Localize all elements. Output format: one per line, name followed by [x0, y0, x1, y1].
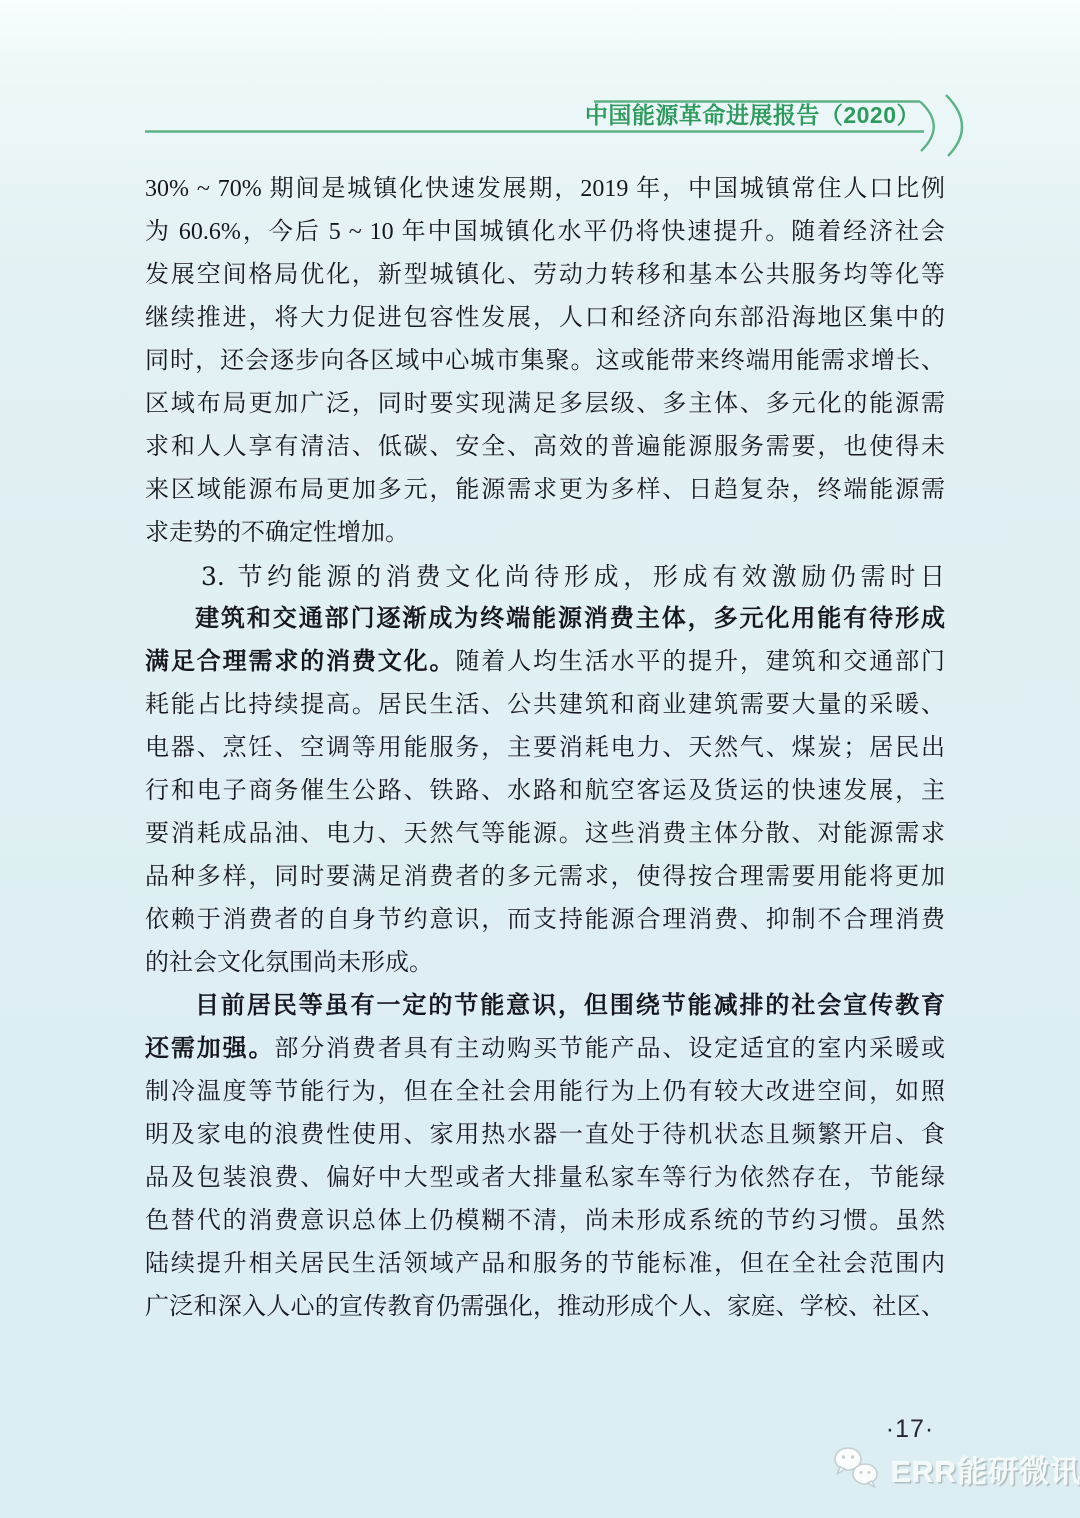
- text-run: 区域布局更加广泛，同时要实现满足多层级、多主体、多元化的能源需: [145, 391, 945, 417]
- text-line: 陆续提升相关居民生活领域产品和服务的节能标准，但在全社会范围内: [145, 1243, 945, 1286]
- text-line: 求走势的不确定性增加。: [145, 512, 945, 555]
- text-run: 广泛和深入人心的宣传教育仍需强化，推动形成个人、家庭、学校、社区、: [145, 1294, 945, 1320]
- text-run: 制冷温度等节能行为，但在全社会用能行为上仍有较大改进空间，如照: [145, 1079, 945, 1105]
- watermark-text: ERR能研微讯: [891, 1447, 1080, 1491]
- text-line: 来区域能源布局更加多元，能源需求更为多样、日趋复杂，终端能源需: [145, 469, 945, 512]
- document-body: 30% ~ 70% 期间是城镇化快速发展期，2019 年，中国城镇常住人口比例为…: [145, 168, 945, 1329]
- text-run: 继续推进，将大力促进包容性发展，人口和经济向东部沿海地区集中的: [145, 305, 945, 331]
- report-header-title: 中国能源革命进展报告（2020）: [480, 100, 920, 130]
- wechat-chat-bubbles-icon: [832, 1446, 884, 1492]
- text-run: 30% ~ 70% 期间是城镇化快速发展期，2019 年，中国城镇常住人口比例: [145, 176, 945, 202]
- text-line: 区域布局更加广泛，同时要实现满足多层级、多主体、多元化的能源需: [145, 383, 945, 426]
- text-run: 的社会文化氛围尚未形成。: [145, 950, 433, 976]
- text-run: 品及包装浪费、偏好中大型或者大排量私家车等行为依然存在，节能绿: [145, 1165, 945, 1191]
- text-line: 广泛和深入人心的宣传教育仍需强化，推动形成个人、家庭、学校、社区、: [145, 1286, 945, 1329]
- text-run: 3. 节约能源的消费文化尚待形成，形成有效激励仍需时日: [201, 562, 945, 591]
- text-run: 色替代的消费意识总体上仍模糊不清，尚未形成系统的节约习惯。虽然: [145, 1208, 945, 1234]
- text-run: 来区域能源布局更加多元，能源需求更为多样、日趋复杂，终端能源需: [145, 477, 945, 503]
- text-line: 色替代的消费意识总体上仍模糊不清，尚未形成系统的节约习惯。虽然: [145, 1200, 945, 1243]
- text-line: 还需加强。部分消费者具有主动购买节能产品、设定适宜的室内采暖或: [145, 1028, 945, 1071]
- text-run: 部分消费者具有主动购买节能产品、设定适宜的室内采暖或: [274, 1036, 945, 1062]
- page-number: ·17·: [845, 1414, 975, 1444]
- text-line: 品种多样，同时要满足消费者的多元需求，使得按合理需要用能将更加: [145, 856, 945, 899]
- text-line: 发展空间格局优化，新型城镇化、劳动力转移和基本公共服务均等化等: [145, 254, 945, 297]
- text-line: 30% ~ 70% 期间是城镇化快速发展期，2019 年，中国城镇常住人口比例: [145, 168, 945, 211]
- text-run: 发展空间格局优化，新型城镇化、劳动力转移和基本公共服务均等化等: [145, 262, 945, 288]
- text-line: 为 60.6%，今后 5 ~ 10 年中国城镇化水平仍将快速提升。随着经济社会: [145, 211, 945, 254]
- text-run: 行和电子商务催生公路、铁路、水路和航空客运及货运的快速发展，主: [145, 778, 945, 804]
- section-heading: 3. 节约能源的消费文化尚待形成，形成有效激励仍需时日: [145, 555, 945, 598]
- text-line: 电器、烹饪、空调等用能服务，主要消耗电力、天然气、煤炭；居民出: [145, 727, 945, 770]
- text-run: 求和人人享有清洁、低碳、安全、高效的普遍能源服务需要，也使得未: [145, 434, 945, 460]
- bold-text-run: 建筑和交通部门逐渐成为终端能源消费主体，多元化用能有待形成: [195, 606, 945, 632]
- text-line: 目前居民等虽有一定的节能意识，但围绕节能减排的社会宣传教育: [145, 985, 945, 1028]
- text-line: 依赖于消费者的自身节约意识，而支持能源合理消费、抑制不合理消费: [145, 899, 945, 942]
- text-line: 同时，还会逐步向各区域中心城市集聚。这或能带来终端用能需求增长、: [145, 340, 945, 383]
- text-line: 行和电子商务催生公路、铁路、水路和航空客运及货运的快速发展，主: [145, 770, 945, 813]
- text-line: 制冷温度等节能行为，但在全社会用能行为上仍有较大改进空间，如照: [145, 1071, 945, 1114]
- text-run: 同时，还会逐步向各区域中心城市集聚。这或能带来终端用能需求增长、: [145, 348, 945, 374]
- text-run: 要消耗成品油、电力、天然气等能源。这些消费主体分散、对能源需求: [145, 821, 945, 847]
- text-run: 明及家电的浪费性使用、家用热水器一直处于待机状态且频繁开启、食: [145, 1122, 945, 1148]
- text-line: 品及包装浪费、偏好中大型或者大排量私家车等行为依然存在，节能绿: [145, 1157, 945, 1200]
- text-line: 耗能占比持续提高。居民生活、公共建筑和商业建筑需要大量的采暖、: [145, 684, 945, 727]
- watermark: ERR能研微讯: [832, 1446, 1080, 1492]
- text-line: 满足合理需求的消费文化。随着人均生活水平的提升，建筑和交通部门: [145, 641, 945, 684]
- text-run: 随着人均生活水平的提升，建筑和交通部门: [455, 649, 945, 675]
- text-line: 继续推进，将大力促进包容性发展，人口和经济向东部沿海地区集中的: [145, 297, 945, 340]
- text-run: 依赖于消费者的自身节约意识，而支持能源合理消费、抑制不合理消费: [145, 907, 945, 933]
- text-run: 耗能占比持续提高。居民生活、公共建筑和商业建筑需要大量的采暖、: [145, 692, 945, 718]
- text-run: 品种多样，同时要满足消费者的多元需求，使得按合理需要用能将更加: [145, 864, 945, 890]
- bold-text-run: 目前居民等虽有一定的节能意识，但围绕节能减排的社会宣传教育: [195, 993, 945, 1019]
- text-run: 电器、烹饪、空调等用能服务，主要消耗电力、天然气、煤炭；居民出: [145, 735, 945, 761]
- text-line: 的社会文化氛围尚未形成。: [145, 942, 945, 985]
- text-line: 明及家电的浪费性使用、家用热水器一直处于待机状态且频繁开启、食: [145, 1114, 945, 1157]
- text-line: 要消耗成品油、电力、天然气等能源。这些消费主体分散、对能源需求: [145, 813, 945, 856]
- text-line: 求和人人享有清洁、低碳、安全、高效的普遍能源服务需要，也使得未: [145, 426, 945, 469]
- text-run: 求走势的不确定性增加。: [145, 520, 409, 546]
- document-page: 中国能源革命进展报告（2020） 30% ~ 70% 期间是城镇化快速发展期，2…: [0, 0, 1080, 1518]
- bold-text-run: 满足合理需求的消费文化。: [145, 649, 455, 675]
- bold-text-run: 还需加强。: [145, 1036, 274, 1062]
- text-line: 建筑和交通部门逐渐成为终端能源消费主体，多元化用能有待形成: [145, 598, 945, 641]
- text-run: 为 60.6%，今后 5 ~ 10 年中国城镇化水平仍将快速提升。随着经济社会: [145, 219, 945, 245]
- text-run: 陆续提升相关居民生活领域产品和服务的节能标准，但在全社会范围内: [145, 1251, 945, 1277]
